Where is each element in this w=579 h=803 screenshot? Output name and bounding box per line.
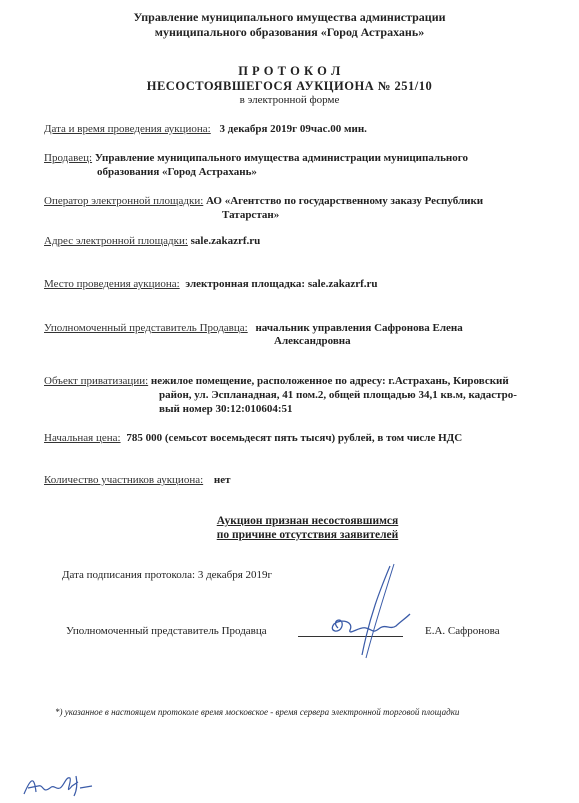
representative-label: Уполномоченный представитель Продавца:	[44, 322, 248, 334]
seller-label: Продавец:	[44, 152, 92, 164]
date-time-label: Дата и время проведения аукциона:	[44, 123, 211, 135]
footnote: *) указанное в настоящем протоколе время…	[55, 707, 459, 717]
representative-value-line2: Александровна	[274, 335, 351, 347]
object-label: Объект приватизации:	[44, 375, 148, 387]
seller-value-line2: образования «Город Астрахань»	[97, 166, 257, 178]
start-price-value: 785 000 (семьсот восемьдесят пять тысяч)…	[126, 432, 462, 444]
operator-label: Оператор электронной площадки:	[44, 195, 203, 207]
platform-address-value: sale.zakazrf.ru	[191, 235, 261, 247]
seller-value-line1: Управление муниципального имущества адми…	[95, 152, 468, 164]
field-date-time: Дата и время проведения аукциона: 3 дека…	[44, 123, 367, 135]
field-venue: Место проведения аукциона: электронная п…	[44, 278, 378, 290]
protocol-form: в электронной форме	[0, 94, 579, 106]
object-value-line1: нежилое помещение, расположенное по адре…	[151, 375, 509, 387]
object-value-line3: вый номер 30:12:010604:51	[159, 403, 292, 415]
platform-address-label: Адрес электронной площадки:	[44, 235, 188, 247]
venue-label: Место проведения аукциона:	[44, 278, 180, 290]
org-header-line2: муниципального образования «Город Астрах…	[0, 25, 579, 40]
protocol-subtitle: НЕСОСТОЯВШЕГОСЯ АУКЦИОНА № 251/10	[0, 79, 579, 94]
participants-label: Количество участников аукциона:	[44, 474, 203, 486]
signing-date: Дата подписания протокола: 3 декабря 201…	[62, 569, 272, 581]
field-participants: Количество участников аукциона: нет	[44, 474, 231, 486]
signature-rep-name: Е.А. Сафронова	[425, 625, 500, 637]
field-object: Объект приватизации: нежилое помещение, …	[44, 375, 509, 387]
org-header-line1: Управление муниципального имущества адми…	[0, 10, 579, 25]
participants-value: нет	[214, 474, 231, 486]
operator-value-line1: АО «Агентство по государственному заказу…	[206, 195, 483, 207]
representative-value-line1: начальник управления Сафронова Елена	[255, 322, 462, 334]
field-representative: Уполномоченный представитель Продавца: н…	[44, 322, 463, 334]
protocol-title: П Р О Т О К О Л	[0, 64, 579, 79]
object-value-line2: район, ул. Эспланадная, 41 пом.2, общей …	[159, 389, 517, 401]
field-operator: Оператор электронной площадки: АО «Агент…	[44, 195, 483, 207]
field-start-price: Начальная цена: 785 000 (семьсот восемьд…	[44, 432, 462, 444]
handwritten-signature-icon	[320, 560, 420, 660]
signature-rep-label: Уполномоченный представитель Продавца	[66, 625, 267, 637]
field-platform-address: Адрес электронной площадки: sale.zakazrf…	[44, 235, 260, 247]
date-time-value: 3 декабря 2019г 09час.00 мин.	[220, 123, 367, 135]
initials-signature-icon	[20, 772, 100, 800]
start-price-label: Начальная цена:	[44, 432, 121, 444]
result-line2: по причине отсутствия заявителей	[18, 529, 579, 541]
field-seller: Продавец: Управление муниципального имущ…	[44, 152, 468, 164]
result-line1: Аукцион признан несостоявшимся	[18, 515, 579, 527]
operator-value-line2: Татарстан»	[222, 209, 279, 221]
venue-value: электронная площадка: sale.zakazrf.ru	[185, 278, 377, 290]
